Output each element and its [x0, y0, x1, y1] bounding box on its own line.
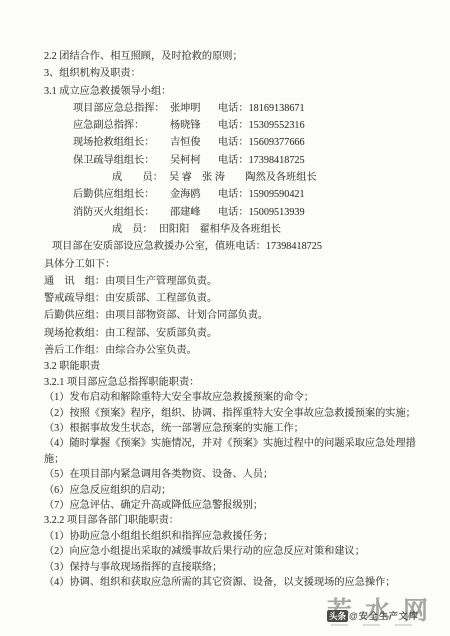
phone-number: 15009513939	[249, 207, 305, 218]
watermark-handle: @安全生产文库	[349, 611, 419, 621]
roster-name: 吴柯柯	[170, 152, 218, 169]
phone-number: 18169138671	[249, 103, 305, 114]
roster-label: 项目部应急总指挥：	[73, 100, 170, 117]
list-item: （4）协调、组织和获取应急所需的其它资源、设备，以支援现场的应急操作；	[44, 575, 422, 590]
list-item: （7）应急评估、确定升高或降低应急警报级别；	[44, 498, 422, 513]
watermark-reflection	[331, 624, 412, 626]
members-names: 吴 睿 张 涛 陶然及各班组长	[169, 172, 317, 183]
phone-number: 17398418725	[249, 155, 305, 166]
roster-name: 邵建峰	[170, 204, 218, 221]
division-line: 通 讯 组：由项目生产管理部负责。	[44, 273, 422, 290]
roster-label: 消防灭火组组长：	[73, 204, 170, 221]
section-heading: 3.2.2 项目部各部门职能职责：	[44, 513, 422, 528]
roster-row: 现场抢救组组长：吉恒俊电话：15609377666	[44, 134, 422, 151]
list-item: （3）保持与事故现场指挥的直接联络；	[44, 560, 422, 575]
list-item: （1）协助应急小组组长组织和指挥应急救援任务；	[44, 529, 422, 544]
division-line: 后勤供应组：由项目部物资部、计划合同部负责。	[44, 307, 422, 324]
watermark: 若水网 头条@安全生产文库	[327, 593, 447, 631]
members-row: 成 员：田阳阳 翟相华及各班组长	[44, 221, 422, 238]
section-organization: 2.2 团结合作、相互照顾，及时抢救的原则； 3、组织机构及职责： 3.1 成立…	[44, 48, 422, 359]
phone-label: 电话：	[218, 137, 249, 148]
phone-number: 15309552316	[249, 120, 305, 131]
section-heading: 3.2 职能职责	[44, 359, 422, 374]
roster-name: 张坤明	[170, 100, 218, 117]
roster-row: 消防灭火组组长：邵建峰电话：15009513939	[44, 204, 422, 221]
members-label: 成 员：	[112, 221, 153, 238]
division-intro: 具体分工如下：	[44, 256, 422, 273]
members-row: 成 员：吴 睿 张 涛 陶然及各班组长	[44, 169, 422, 186]
doc-line: 2.2 团结合作、相互照顾，及时抢救的原则；	[44, 48, 422, 65]
list-item: （5）在项目部内紧急调用各类物资、设备、人员；	[44, 467, 422, 482]
section-duties: 3.2 职能职责 3.2.1 项目部应急总指挥职能职责： （1）发布启动和解除重…	[44, 359, 422, 590]
phone-label: 电话：	[218, 120, 249, 131]
roster-label: 应急副总指挥：	[73, 117, 170, 134]
roster-row: 应急副总指挥：杨晓锋电话：15309552316	[44, 117, 422, 134]
document-page: 2.2 团结合作、相互照顾，及时抢救的原则； 3、组织机构及职责： 3.1 成立…	[0, 0, 450, 636]
roster-name: 杨晓锋	[170, 117, 218, 134]
phone-label: 电话：	[218, 189, 249, 200]
list-item: （1）发布启动和解除重特大安全事故应急救援预案的命令；	[44, 390, 422, 405]
section-heading: 3.2.1 项目部应急总指挥职能职责：	[44, 375, 422, 390]
members-label: 成 员：	[112, 169, 163, 186]
section-heading: 3.1 成立应急救援领导小组：	[44, 83, 422, 100]
phone-label: 电话：	[218, 207, 249, 218]
section-heading: 3、组织机构及职责：	[44, 65, 422, 82]
division-line: 警戒疏导组：由安质部、工程部负责。	[44, 290, 422, 307]
list-item: （3）根据事故发生状态，统一部署应急预案的实施工作；	[44, 421, 422, 436]
list-item: （2）按照《预案》程序，组织、协调、指挥重特大安全事故应急救援预案的实施；	[44, 406, 422, 421]
roster-label: 保卫疏导组组长：	[73, 152, 170, 169]
office-line: 项目部在安质部设应急救援办公室，值班电话：17398418725	[44, 238, 422, 255]
phone-label: 电话：	[218, 155, 249, 166]
division-line: 善后工作组：由综合办公室负责。	[44, 342, 422, 359]
roster-row: 后勤供应组组长：金海鸥电话：15909590421	[44, 186, 422, 203]
roster-name: 吉恒俊	[170, 134, 218, 151]
roster-row: 保卫疏导组组长：吴柯柯电话：17398418725	[44, 152, 422, 169]
watermark-badge: 头条	[327, 610, 348, 622]
division-line: 现场抢救组：由工程部、安质部负责。	[44, 325, 422, 342]
phone-number: 15909590421	[249, 189, 305, 200]
list-item: （2）向应急小组提出采取的减缓事故后果行动的应急反应对策和建议；	[44, 544, 422, 559]
members-names: 田阳阳 翟相华及各班组长	[159, 224, 281, 235]
phone-number: 15609377666	[249, 137, 305, 148]
document-content: 2.2 团结合作、相互照顾，及时抢救的原则； 3、组织机构及职责： 3.1 成立…	[44, 48, 422, 590]
list-item: （4）随时掌握《预案》实施情况，并对《预案》实施过程中的问题采取应急处理措施；	[44, 436, 422, 467]
phone-label: 电话：	[218, 103, 249, 114]
list-item: （6）应急反应组织的启动；	[44, 483, 422, 498]
roster-row: 项目部应急总指挥：张坤明电话：18169138671	[44, 100, 422, 117]
roster-label: 现场抢救组组长：	[73, 134, 170, 151]
roster-label: 后勤供应组组长：	[73, 186, 170, 203]
roster-name: 金海鸥	[170, 186, 218, 203]
watermark-account: 头条@安全生产文库	[327, 609, 419, 622]
